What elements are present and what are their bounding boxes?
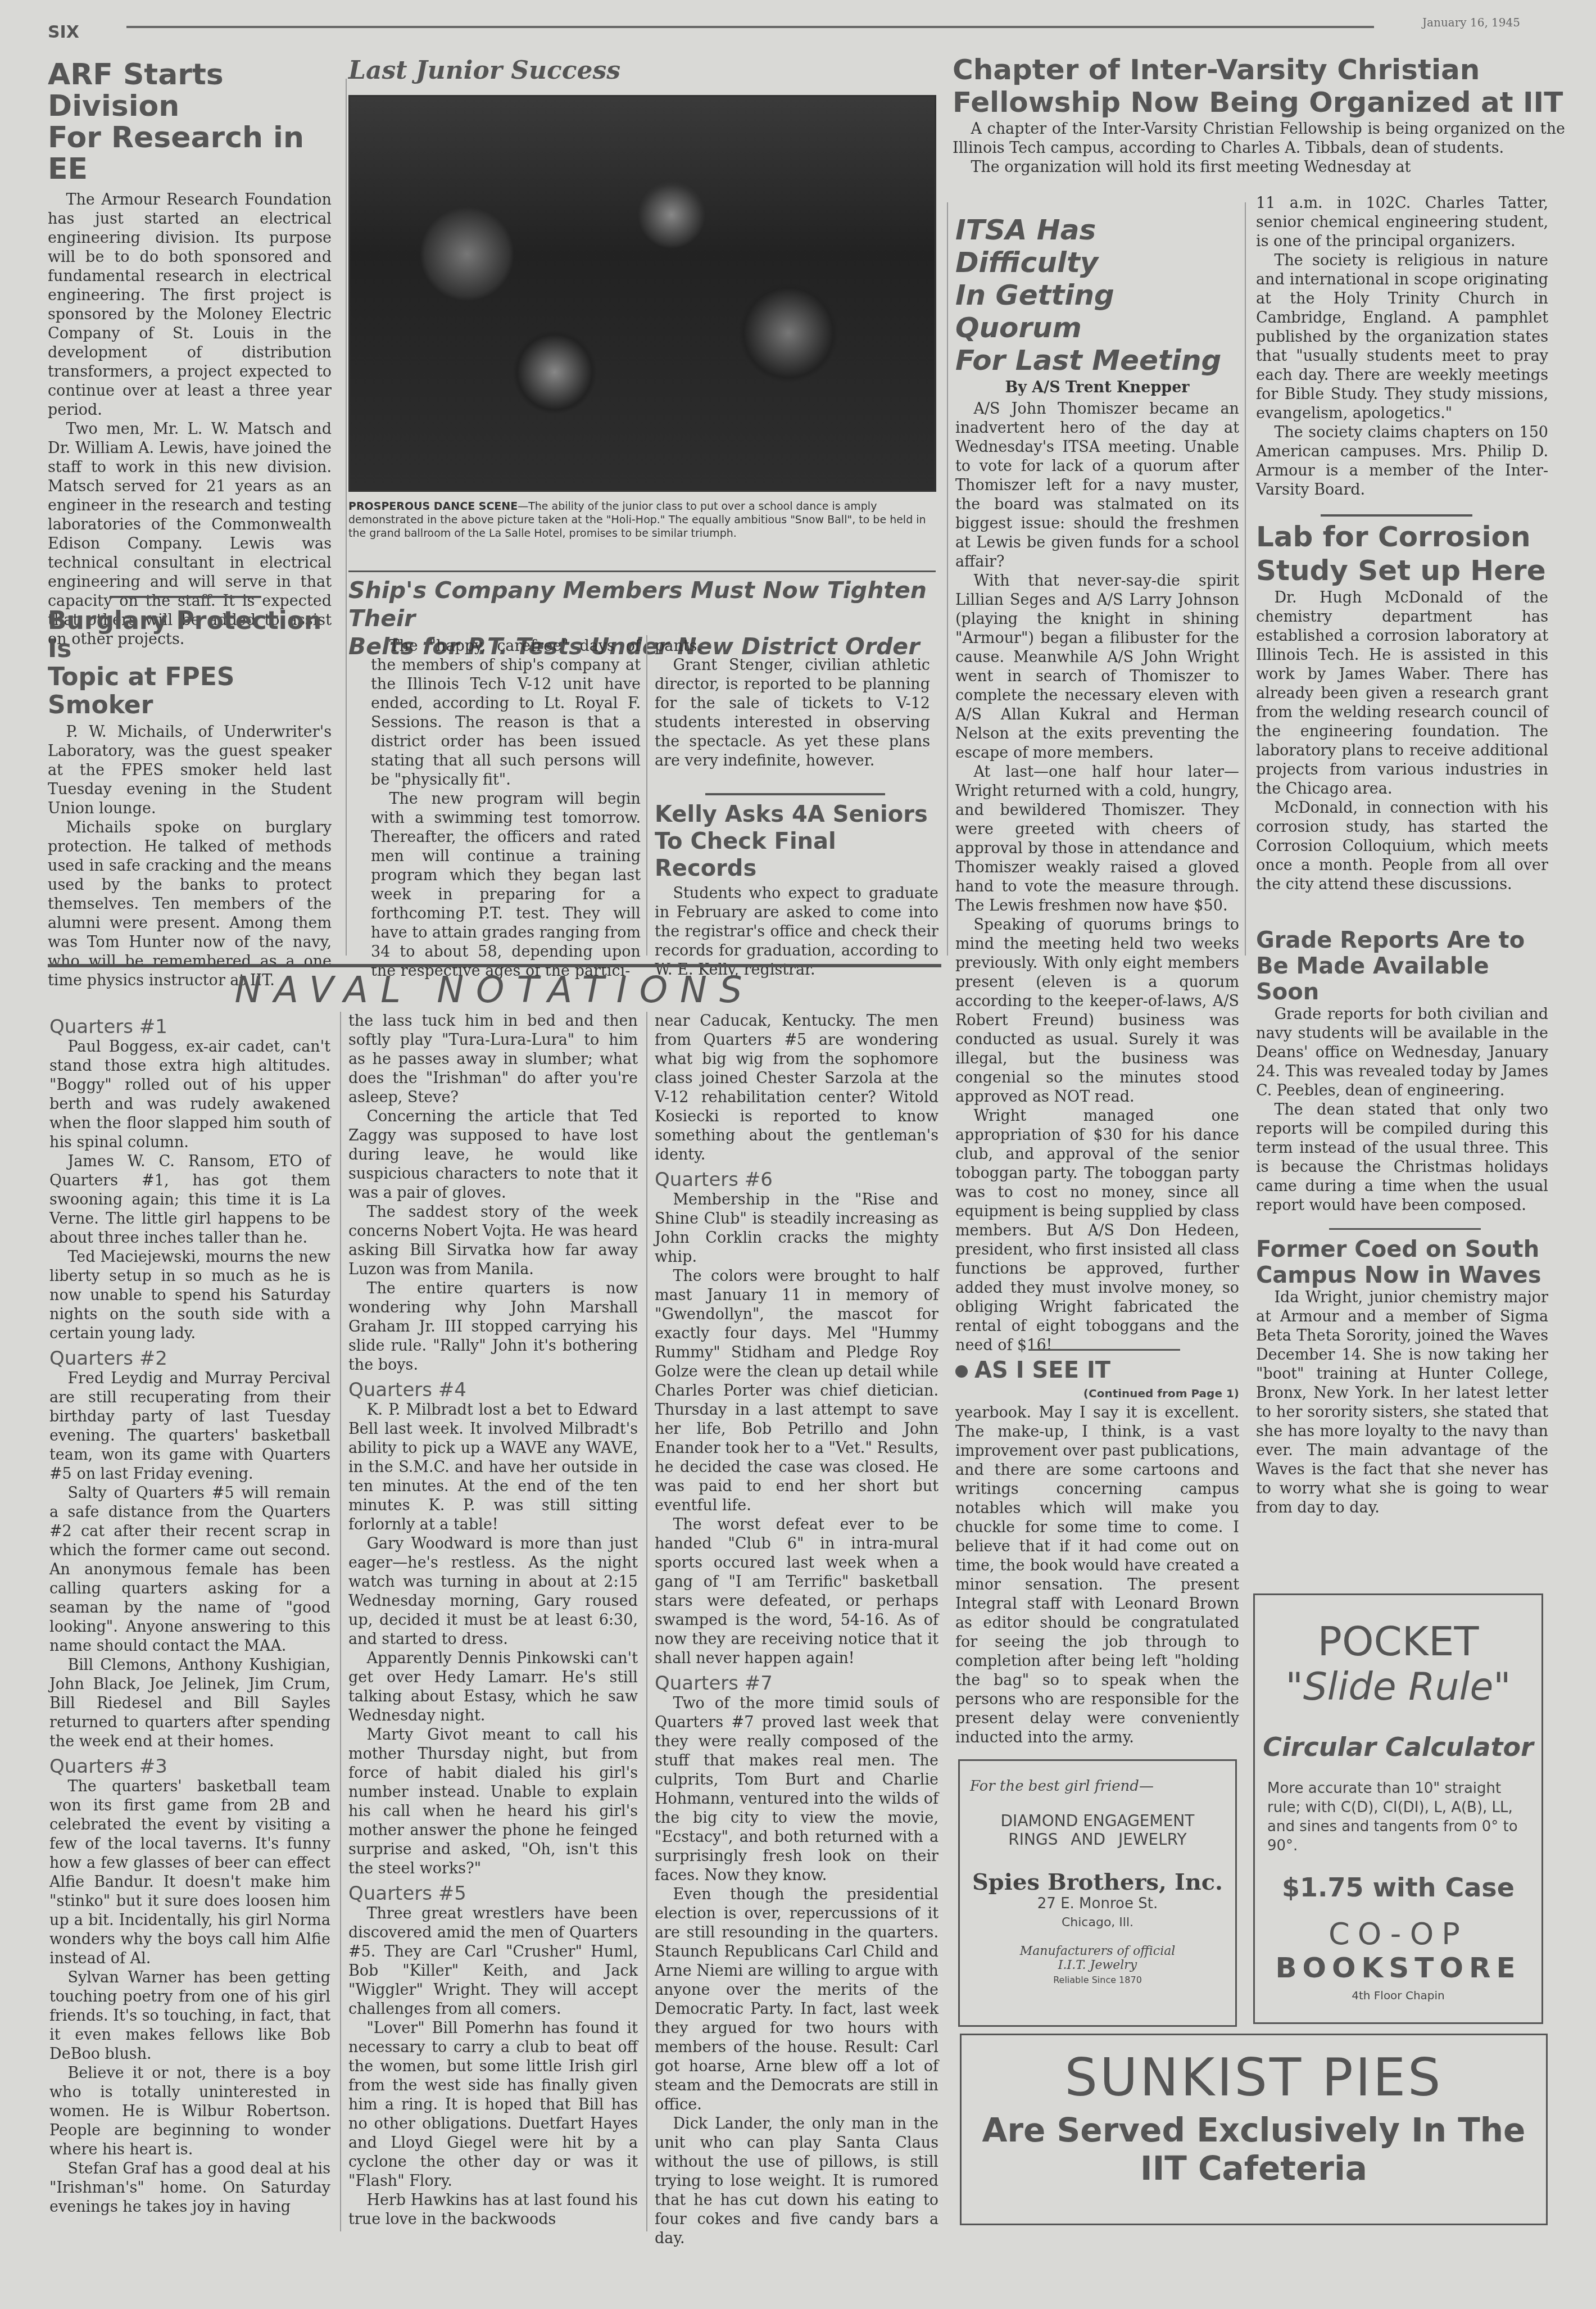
headline: AS I SEE IT (955, 1357, 1239, 1383)
section-rule (705, 793, 885, 795)
article-arf: ARF Starts Division For Research in EE T… (48, 59, 332, 649)
column-divider (646, 635, 647, 956)
naval-paragraph: The saddest story of the week concerns N… (348, 1203, 638, 1279)
naval-paragraph: Fred Leydig and Murray Percival are stil… (49, 1369, 330, 1484)
headline: Lab for Corrosion Study Set up Here (1256, 520, 1548, 587)
quarters-subhead: Quarters #4 (348, 1380, 638, 1400)
article-body: Grade reports for both civilian and navy… (1256, 1005, 1548, 1215)
naval-paragraph: Membership in the "Rise and Shine Club" … (655, 1190, 938, 1267)
article-body: P. W. Michails, of Underwriter's Laborat… (48, 723, 332, 990)
naval-paragraph: The quarters' basketball team won its fi… (49, 1777, 330, 1968)
naval-paragraph: Sylvan Warner has been getting touching … (49, 1968, 330, 2064)
article-body: The Armour Research Foundation has just … (48, 191, 332, 649)
column-divider (1245, 202, 1246, 956)
article-body-col2: pants. Grant Stenger, civilian athletic … (655, 637, 930, 771)
naval-paragraph: Gary Woodward is more than just eager—he… (348, 1534, 638, 1649)
article-coed: Former Coed on South Campus Now in Waves… (1256, 1237, 1548, 1518)
article-body-col1: The "happy, carefree" days of the member… (371, 637, 641, 981)
naval-rule (48, 964, 941, 967)
article-corrosion: Lab for Corrosion Study Set up Here Dr. … (1256, 520, 1548, 894)
article-burglary: Burglary Protection Is Topic at FPES Smo… (48, 607, 332, 990)
headline: Burglary Protection Is Topic at FPES Smo… (48, 607, 332, 719)
issue-date: January 16, 1945 (1422, 16, 1520, 29)
quarters-subhead: Quarters #6 (655, 1170, 938, 1189)
naval-paragraph: Salty of Quarters #5 will remain a safe … (49, 1484, 330, 1656)
naval-paragraph: Herb Hawkins has at last found his true … (348, 2191, 638, 2229)
article-body: A/S John Thomiszer became an inadvertent… (955, 400, 1239, 1355)
article-body: Dr. Hugh McDonald of the chemistry depar… (1256, 588, 1548, 894)
page-label: SIX (48, 22, 79, 42)
article-kelly: Kelly Asks 4A Seniors To Check Final Rec… (655, 801, 938, 980)
naval-paragraph: the lass tuck him in bed and then softly… (348, 1012, 638, 1107)
article-lead: A chapter of the Inter-Varsity Christian… (953, 120, 1565, 177)
naval-column-3: near Caducak, Kentucky. The men from Qua… (655, 1012, 938, 2248)
article-ivcf: Chapter of Inter-Varsity Christian Fello… (953, 53, 1565, 177)
naval-paragraph: "Lover" Bill Pomerhn has found it necess… (348, 2019, 638, 2191)
naval-column-1: Quarters #1Paul Boggess, ex-air cadet, c… (49, 1012, 330, 2217)
naval-paragraph: Concerning the article that Ted Zaggy wa… (348, 1107, 638, 1203)
naval-paragraph: Stefan Graf has a good deal at his "Iris… (49, 2159, 330, 2217)
column-divider (646, 1012, 647, 2231)
dance-photo (348, 95, 936, 492)
column-divider (947, 202, 948, 956)
article-grades: Grade Reports Are to Be Made Available S… (1256, 927, 1548, 1215)
article-body: Ida Wright, junior chemistry major at Ar… (1256, 1288, 1548, 1518)
headline: Grade Reports Are to Be Made Available S… (1256, 927, 1548, 1005)
column-as-i-see-it: AS I SEE IT (Continued from Page 1) year… (955, 1357, 1239, 1747)
headline: Last Junior Success (348, 56, 938, 85)
headline: Kelly Asks 4A Seniors To Check Final Rec… (655, 801, 938, 882)
naval-title: NAVAL NOTATIONS (48, 970, 941, 1011)
article-ivcf-col: 11 a.m. in 102C. Charles Tatter, senior … (1256, 194, 1548, 500)
quarters-subhead: Quarters #7 (655, 1674, 938, 1693)
column-divider (340, 1012, 341, 2231)
section-rule (1028, 1349, 1180, 1351)
photo-caption: PROSPEROUS DANCE SCENE—The ability of th… (348, 500, 933, 540)
byline: By A/S Trent Knepper (955, 379, 1239, 396)
headline: Chapter of Inter-Varsity Christian Fello… (953, 53, 1565, 119)
quarters-subhead: Quarters #5 (348, 1884, 638, 1903)
quarters-subhead: Quarters #2 (49, 1349, 330, 1368)
naval-paragraph: The colors were brought to half mast Jan… (655, 1267, 938, 1515)
naval-paragraph: Bill Clemons, Anthony Kushigian, John Bl… (49, 1656, 330, 1751)
continued-note: (Continued from Page 1) (955, 1387, 1239, 1400)
naval-paragraph: Believe it or not, there is a boy who is… (49, 2064, 330, 2159)
quarters-subhead: Quarters #3 (49, 1757, 330, 1776)
naval-paragraph: Ted Maciejewski, mourns the new liberty … (49, 1248, 330, 1343)
naval-column-2: the lass tuck him in bed and then softly… (348, 1012, 638, 2229)
naval-paragraph: Paul Boggess, ex-air cadet, can't stand … (49, 1038, 330, 1152)
headline: Former Coed on South Campus Now in Waves (1256, 1237, 1548, 1288)
naval-paragraph: The entire quarters is now wondering why… (348, 1279, 638, 1375)
article-itsa: ITSA Has Difficulty In Getting Quorum Fo… (955, 214, 1239, 1355)
quarters-subhead: Quarters #1 (49, 1017, 330, 1036)
headline: ARF Starts Division For Research in EE (48, 59, 332, 185)
section-rule (110, 596, 261, 598)
masthead: SIX January 16, 1945 (48, 16, 1559, 33)
column-divider (346, 79, 347, 956)
masthead-rule (126, 26, 1374, 28)
headline: ITSA Has Difficulty In Getting Quorum Fo… (955, 214, 1239, 377)
ad-slide-rule: POCKET "Slide Rule" Circular Calculator … (1253, 1593, 1543, 2024)
article-ships: Ship's Company Members Must Now Tighten … (348, 576, 938, 660)
naval-paragraph: James W. C. Ransom, ETO of Quarters #1, … (49, 1152, 330, 1248)
article-body: yearbook. May I say it is excellent. The… (955, 1403, 1239, 1747)
naval-paragraph: near Caducak, Kentucky. The men from Qua… (655, 1012, 938, 1165)
naval-paragraph: The worst defeat ever to be handed "Club… (655, 1515, 938, 1668)
naval-paragraph: Apparently Dennis Pinkowski can't get ov… (348, 1649, 638, 1726)
section-rule (1321, 514, 1472, 517)
naval-paragraph: Two of the more timid souls of Quarters … (655, 1694, 938, 1885)
naval-paragraph: Marty Givot meant to call his mother Thu… (348, 1726, 638, 1878)
bullet-icon (955, 1365, 968, 1378)
naval-paragraph: Even though the presidential election is… (655, 1885, 938, 2115)
ad-spies-brothers: For the best girl friend— DIAMOND ENGAGE… (958, 1759, 1237, 2027)
naval-paragraph: Dick Lander, the only man in the unit wh… (655, 2115, 938, 2248)
feature-junior: Last Junior Success PROSPEROUS DANCE SCE… (348, 56, 938, 540)
naval-paragraph: Three great wrestlers have been discover… (348, 1904, 638, 2019)
ad-sunkist: SUNKIST PIES Are Served Exclusively In T… (960, 2034, 1548, 2225)
section-rule (348, 571, 936, 572)
naval-paragraph: K. P. Milbradt lost a bet to Edward Bell… (348, 1401, 638, 1534)
section-rule (1329, 1228, 1481, 1230)
